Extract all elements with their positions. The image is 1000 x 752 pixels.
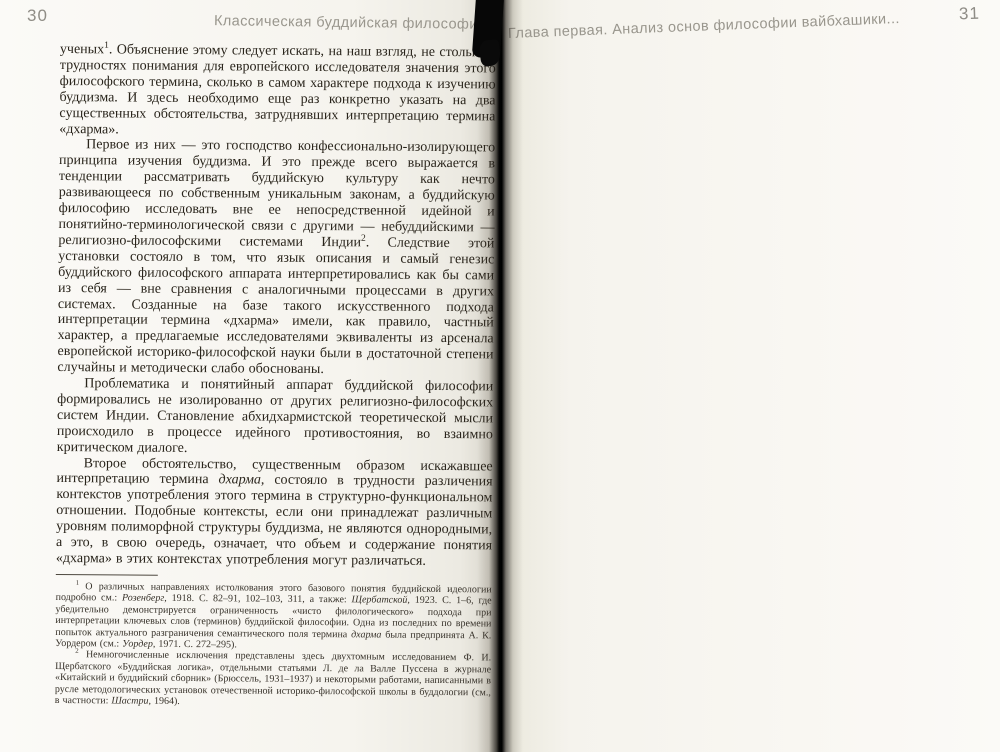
text-run: дхарма bbox=[351, 629, 381, 640]
body-paragraph: Первое из них — это господство конфессио… bbox=[57, 137, 495, 379]
footnote: 2 Немногочисленные исключения представле… bbox=[55, 649, 491, 709]
text-run: дхарма bbox=[219, 473, 261, 488]
left-paragraphs: ученых1. Объяснение этому следует искать… bbox=[56, 42, 496, 570]
text-run: Розенберг bbox=[122, 593, 164, 604]
text-run: Уордер bbox=[122, 638, 153, 649]
book-spread-scan: 30 Классическая буддийская философия уче… bbox=[0, 0, 1000, 752]
text-run: . Следствие этой установки состояло в то… bbox=[57, 235, 494, 377]
body-paragraph: ученых1. Объяснение этому следует искать… bbox=[59, 42, 496, 141]
left-page-number: 30 bbox=[27, 6, 48, 26]
left-body-text: ученых1. Объяснение этому следует искать… bbox=[55, 42, 496, 710]
left-running-header: Классическая буддийская философия bbox=[214, 13, 486, 33]
right-page-number: 31 bbox=[959, 4, 981, 25]
body-paragraph: Проблематика и понятийный аппарат буддий… bbox=[57, 376, 494, 459]
text-run: Проблематика и понятийный аппарат буддий… bbox=[57, 376, 494, 455]
left-footnotes: 1 О различных направлениях истолкования … bbox=[55, 581, 492, 710]
text-run: , состояло в трудности различения контек… bbox=[56, 473, 493, 569]
right-page: 31 Глава первая. Анализ основ философии … bbox=[500, 0, 1000, 752]
body-paragraph: Второе обстоятельство, существенным обра… bbox=[56, 456, 493, 571]
text-run: , 1971. С. 272–295). bbox=[153, 639, 237, 651]
right-running-header: Глава первая. Анализ основ философии вай… bbox=[508, 11, 900, 42]
footnote: 1 О различных направлениях истолкования … bbox=[55, 581, 492, 653]
text-run: , 1918. С. 82–91, 102–103, 311, а также: bbox=[164, 593, 351, 605]
text-run: . Объяснение этому следует искать, на на… bbox=[59, 42, 496, 137]
footnote-separator bbox=[56, 574, 158, 576]
text-run: ученых bbox=[60, 42, 104, 57]
left-page: 30 Классическая буддийская философия уче… bbox=[0, 0, 500, 752]
text-run: , 1964). bbox=[148, 696, 179, 707]
text-run: Щербатской bbox=[352, 595, 408, 606]
text-run: Шастри bbox=[111, 695, 148, 706]
text-run: Первое из них — это господство конфессио… bbox=[58, 138, 495, 251]
